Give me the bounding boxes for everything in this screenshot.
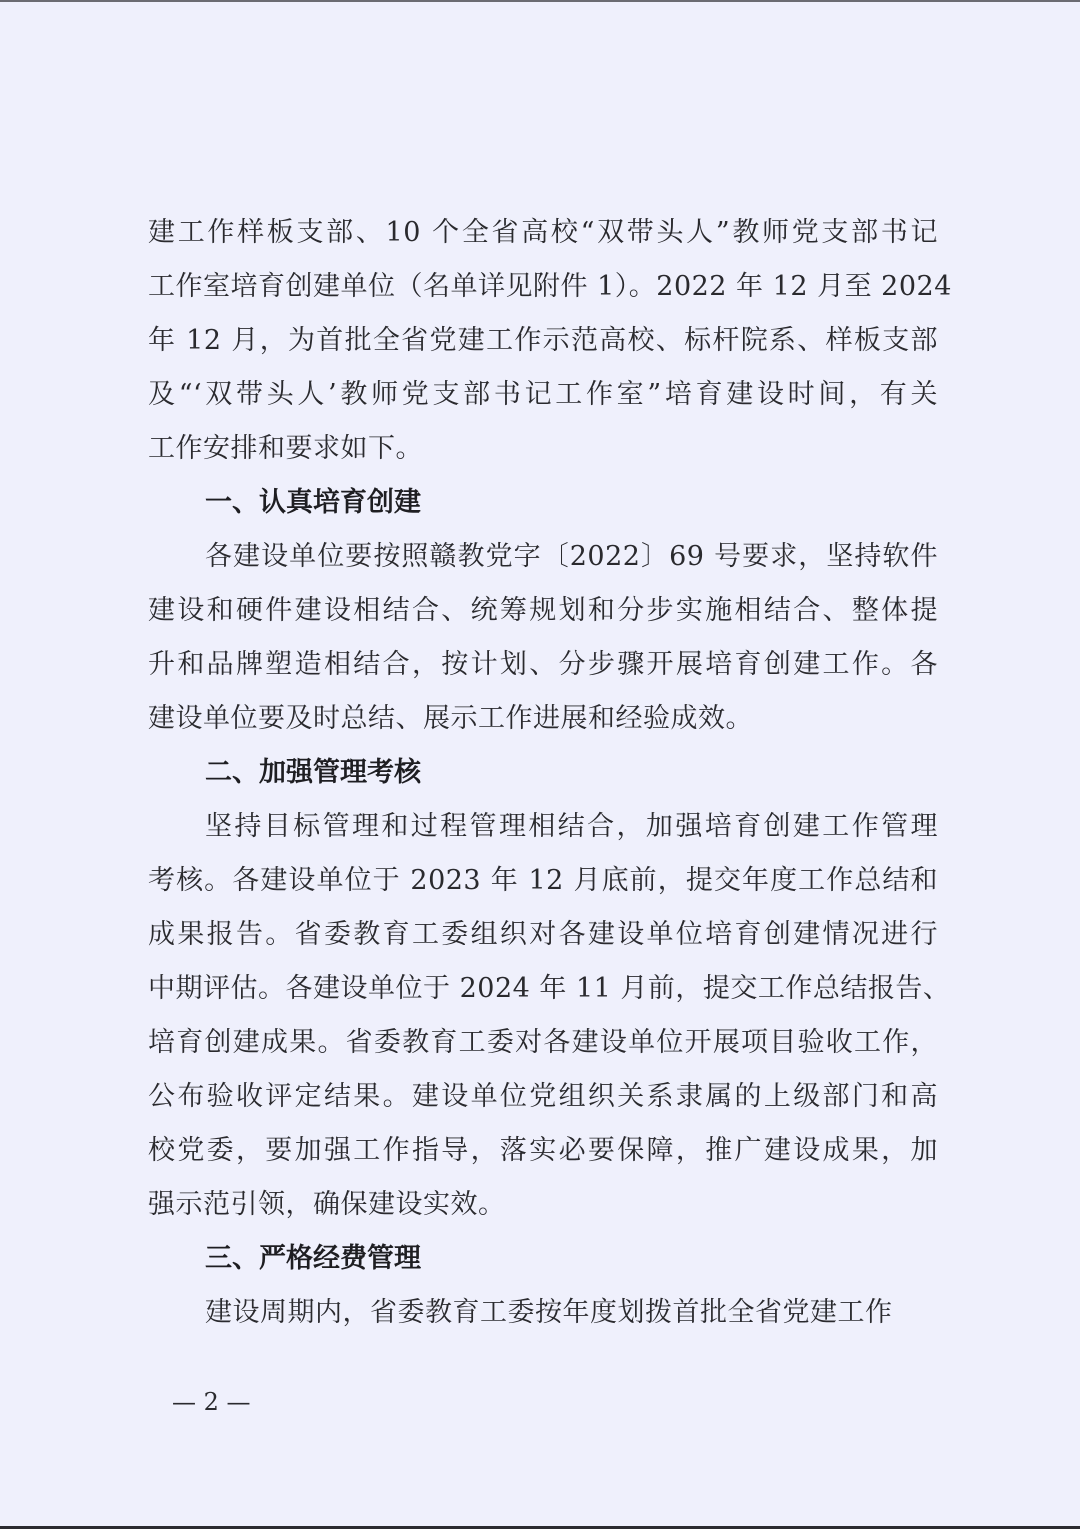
text-line: 中期评估。各建设单位于 2024 年 11 月前，提交工作总结报告、: [148, 962, 938, 1016]
text-line: 建设周期内，省委教育工委按年度划拨首批全省党建工作: [148, 1286, 938, 1340]
text-line: 强示范引领，确保建设实效。: [148, 1178, 938, 1232]
text-line: 工作室培育创建单位（名单详见附件 1）。2022 年 12 月至 2024: [148, 260, 938, 314]
paragraph-section-1: 各建设单位要按照赣教党字〔2022〕69 号要求，坚持软件 建设和硬件建设相结合…: [148, 530, 938, 746]
text-line: 各建设单位要按照赣教党字〔2022〕69 号要求，坚持软件: [148, 530, 938, 584]
document-page-body: 建工作样板支部、10 个全省高校“双带头人”教师党支部书记 工作室培育创建单位（…: [148, 206, 938, 1340]
section-heading-2: 二、加强管理考核: [148, 746, 938, 800]
paragraph-intro-continuation: 建工作样板支部、10 个全省高校“双带头人”教师党支部书记 工作室培育创建单位（…: [148, 206, 938, 476]
text-line: 升和品牌塑造相结合，按计划、分步骤开展培育创建工作。各: [148, 638, 938, 692]
text-line: 公布验收评定结果。建设单位党组织关系隶属的上级部门和高: [148, 1070, 938, 1124]
paragraph-section-3: 建设周期内，省委教育工委按年度划拨首批全省党建工作: [148, 1286, 938, 1340]
text-line: 考核。各建设单位于 2023 年 12 月底前，提交年度工作总结和: [148, 854, 938, 908]
text-line: 及“‘双带头人’教师党支部书记工作室”培育建设时间，有关: [148, 368, 938, 422]
text-line: 建工作样板支部、10 个全省高校“双带头人”教师党支部书记: [148, 206, 938, 260]
text-line: 校党委，要加强工作指导，落实必要保障，推广建设成果，加: [148, 1124, 938, 1178]
text-line: 年 12 月，为首批全省党建工作示范高校、标杆院系、样板支部: [148, 314, 938, 368]
text-line: 成果报告。省委教育工委组织对各建设单位培育创建情况进行: [148, 908, 938, 962]
paragraph-section-2: 坚持目标管理和过程管理相结合，加强培育创建工作管理 考核。各建设单位于 2023…: [148, 800, 938, 1232]
section-heading-3: 三、严格经费管理: [148, 1232, 938, 1286]
text-line: 建设单位要及时总结、展示工作进展和经验成效。: [148, 692, 938, 746]
text-line: 建设和硬件建设相结合、统筹规划和分步实施相结合、整体提: [148, 584, 938, 638]
section-heading-1: 一、认真培育创建: [148, 476, 938, 530]
text-line: 培育创建成果。省委教育工委对各建设单位开展项目验收工作，: [148, 1016, 938, 1070]
text-line: 坚持目标管理和过程管理相结合，加强培育创建工作管理: [148, 800, 938, 854]
page-number: — 2 —: [172, 1388, 251, 1416]
text-line: 工作安排和要求如下。: [148, 422, 938, 476]
scan-edge-top: [0, 0, 1080, 2]
